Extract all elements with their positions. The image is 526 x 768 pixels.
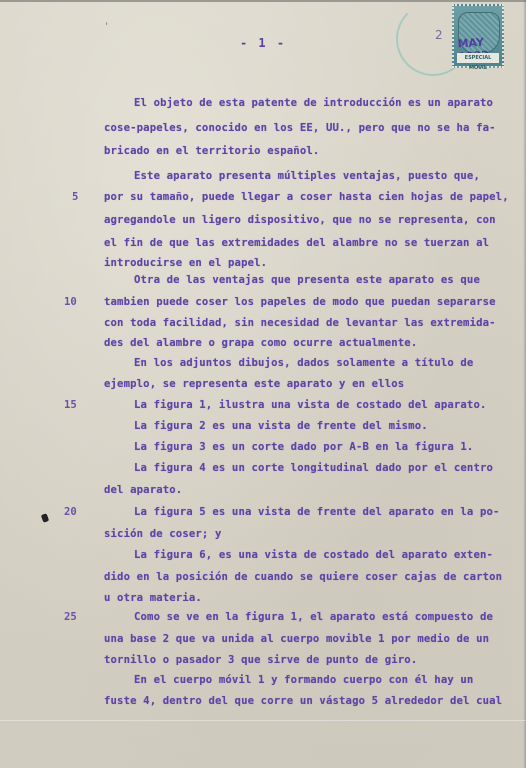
text-line: tornillo o pasador 3 que sirve de punto … [104,654,417,666]
text-line: fuste 4, dentro del que corre un vástago… [104,695,502,707]
text-line: La figura 6, es una vista de costado del… [134,549,493,561]
text-line: con toda facilidad, sin necesidad de lev… [104,317,496,329]
text-line: En el cuerpo móvil 1 y formando cuerpo c… [134,674,473,686]
text-line: Como se ve en la figura 1, el aparato es… [134,611,493,623]
text-line: La figura 3 es un corte dado por A-B en … [134,441,473,453]
margin-line-number: 5 [72,191,78,203]
text-line: ejemplo, se representa este aparato y en… [104,378,404,390]
stamp-label: ESPECIAL MÓVIL [457,53,499,63]
text-line: el fin de que las extremidades del alamb… [104,237,489,249]
text-line: Otra de las ventajas que presenta este a… [134,274,480,286]
text-line: En los adjuntos dibujos, dados solamente… [134,357,473,369]
text-line: La figura 4 es un corte longitudinal dad… [134,462,493,474]
text-line: dido en la posición de cuando se quiere … [104,571,502,583]
text-line: por su tamaño, puede llegar a coser hast… [104,191,509,203]
text-line: des del alambre o grapa como ocurre actu… [104,337,417,349]
page-top-edge [0,0,526,2]
punch-hole-mark [41,513,49,523]
text-line: una base 2 que va unida al cuerpo movibl… [104,633,489,645]
text-line: Este aparato presenta múltiples ventajas… [134,170,480,182]
text-line: El objeto de esta patente de introducció… [134,97,493,109]
margin-line-number: 10 [64,296,77,308]
margin-line-number: 15 [64,399,77,411]
text-line: agregandole un ligero dispositivo, que n… [104,214,496,226]
text-line: sición de coser; y [104,528,222,540]
page-number: - 1 - [0,36,526,50]
stray-mark: ' [104,22,109,32]
text-line: La figura 2 es una vista de frente del m… [134,420,428,432]
text-line: tambien puede coser los papeles de modo … [104,296,496,308]
page-fold-line [0,720,526,721]
text-line: La figura 5 es una vista de frente del a… [134,506,500,518]
margin-line-number: 25 [64,611,77,623]
text-line: del aparato. [104,484,182,496]
text-line: La figura 1, ilustra una vista de costad… [134,399,487,411]
margin-line-number: 20 [64,506,77,518]
text-line: u otra materia. [104,592,202,604]
text-line: cose-papeles, conocido en los EE, UU., p… [104,122,496,134]
text-line: introducirse en el papel. [104,257,267,269]
text-line: bricado en el territorio español. [104,145,319,157]
scanned-page: 2 MAY 1932 ESPECIAL MÓVIL ' - 1 - El obj… [0,0,526,768]
